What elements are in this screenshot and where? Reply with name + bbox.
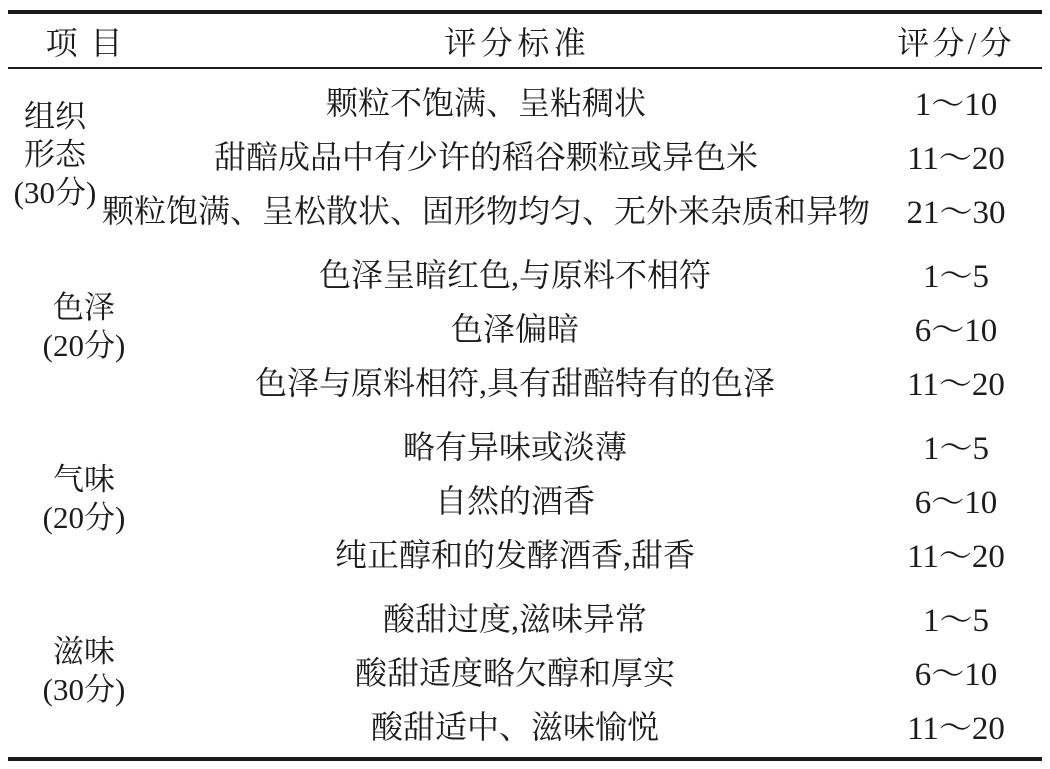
score-cell: 11～20 (870, 702, 1042, 749)
column-header-item: 项目 (8, 18, 160, 64)
scoring-criteria-table: 项目 评分标准 评分/分 组织 形态 (30分) 颗粒不饱满、呈粘稠状 1～10… (8, 10, 1042, 761)
criteria-cell: 甜醅成品中有少许的稻谷颗粒或异色米 (102, 132, 870, 178)
table-row: 酸甜适中、滋味愉悦 11～20 (160, 698, 1042, 752)
group-rows: 颗粒不饱满、呈粘稠状 1～10 甜醅成品中有少许的稻谷颗粒或异色米 11～20 … (102, 74, 1042, 236)
table-row: 自然的酒香 6～10 (160, 472, 1042, 526)
group-label-line: 形态 (8, 136, 102, 174)
score-cell: 1～5 (870, 422, 1042, 469)
group-rows: 略有异味或淡薄 1～5 自然的酒香 6～10 纯正醇和的发酵酒香,甜香 11～2… (160, 418, 1042, 580)
column-header-criteria: 评分标准 (160, 18, 870, 64)
group-label-smell: 气味 (20分) (8, 461, 160, 537)
criteria-cell: 自然的酒香 (160, 476, 870, 522)
group-texture: 组织 形态 (30分) 颗粒不饱满、呈粘稠状 1～10 甜醅成品中有少许的稻谷颗… (8, 69, 1042, 241)
score-cell: 6～10 (870, 304, 1042, 351)
group-taste: 滋味 (30分) 酸甜过度,滋味异常 1～5 酸甜适度略欠醇和厚实 6～10 酸… (8, 585, 1042, 757)
table-row: 酸甜适度略欠醇和厚实 6～10 (160, 644, 1042, 698)
table-row: 颗粒饱满、呈松散状、固形物均匀、无外来杂质和异物 21～30 (102, 182, 1042, 236)
group-label-line: 色泽 (8, 289, 160, 327)
group-label-line: (30分) (8, 671, 160, 709)
table-row: 纯正醇和的发酵酒香,甜香 11～20 (160, 526, 1042, 580)
group-color: 色泽 (20分) 色泽呈暗红色,与原料不相符 1～5 色泽偏暗 6～10 色泽与… (8, 241, 1042, 413)
table-header-row: 项目 评分标准 评分/分 (8, 14, 1042, 69)
group-label-color: 色泽 (20分) (8, 289, 160, 365)
table-row: 酸甜过度,滋味异常 1～5 (160, 590, 1042, 644)
score-cell: 6～10 (870, 648, 1042, 695)
group-label-line: 滋味 (8, 633, 160, 671)
group-label-taste: 滋味 (30分) (8, 633, 160, 709)
group-label-line: 气味 (8, 461, 160, 499)
table-row: 色泽与原料相符,具有甜醅特有的色泽 11～20 (160, 354, 1042, 408)
criteria-cell: 颗粒不饱满、呈粘稠状 (102, 78, 870, 124)
score-cell: 11～20 (870, 132, 1042, 179)
score-cell: 11～20 (870, 358, 1042, 405)
group-rows: 酸甜过度,滋味异常 1～5 酸甜适度略欠醇和厚实 6～10 酸甜适中、滋味愉悦 … (160, 590, 1042, 752)
group-smell: 气味 (20分) 略有异味或淡薄 1～5 自然的酒香 6～10 纯正醇和的发酵酒… (8, 413, 1042, 585)
group-rows: 色泽呈暗红色,与原料不相符 1～5 色泽偏暗 6～10 色泽与原料相符,具有甜醅… (160, 246, 1042, 408)
criteria-cell: 略有异味或淡薄 (160, 422, 870, 468)
score-cell: 6～10 (870, 476, 1042, 523)
criteria-cell: 纯正醇和的发酵酒香,甜香 (160, 530, 870, 576)
score-cell: 21～30 (870, 186, 1042, 233)
score-cell: 1～5 (870, 250, 1042, 297)
group-label-line: 组织 (8, 98, 102, 136)
table-row: 甜醅成品中有少许的稻谷颗粒或异色米 11～20 (102, 128, 1042, 182)
table-row: 色泽偏暗 6～10 (160, 300, 1042, 354)
column-header-score: 评分/分 (870, 18, 1042, 64)
score-cell: 1～5 (870, 594, 1042, 641)
group-label-texture: 组织 形态 (30分) (8, 98, 102, 212)
table-row: 略有异味或淡薄 1～5 (160, 418, 1042, 472)
score-cell: 11～20 (870, 530, 1042, 577)
score-cell: 1～10 (870, 78, 1042, 125)
criteria-cell: 颗粒饱满、呈松散状、固形物均匀、无外来杂质和异物 (102, 186, 870, 232)
group-label-line: (20分) (8, 499, 160, 537)
criteria-cell: 色泽呈暗红色,与原料不相符 (160, 250, 870, 296)
criteria-cell: 酸甜适中、滋味愉悦 (160, 702, 870, 748)
group-label-line: (20分) (8, 327, 160, 365)
criteria-cell: 酸甜适度略欠醇和厚实 (160, 648, 870, 694)
table-row: 色泽呈暗红色,与原料不相符 1～5 (160, 246, 1042, 300)
criteria-cell: 色泽偏暗 (160, 304, 870, 350)
criteria-cell: 酸甜过度,滋味异常 (160, 594, 870, 640)
group-label-line: (30分) (8, 174, 102, 212)
criteria-cell: 色泽与原料相符,具有甜醅特有的色泽 (160, 358, 870, 404)
table-row: 颗粒不饱满、呈粘稠状 1～10 (102, 74, 1042, 128)
